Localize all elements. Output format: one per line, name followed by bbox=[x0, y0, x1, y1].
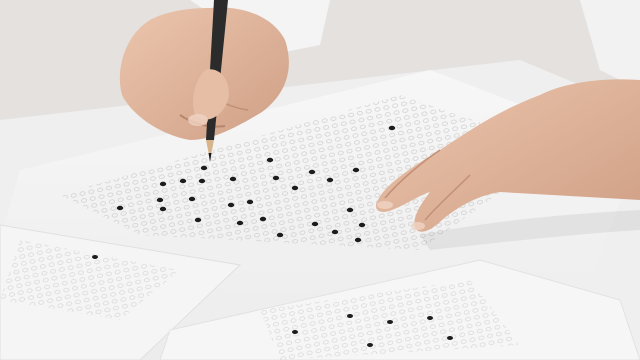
answer-sheet-illustration bbox=[0, 0, 640, 360]
photo-scene bbox=[0, 0, 640, 360]
